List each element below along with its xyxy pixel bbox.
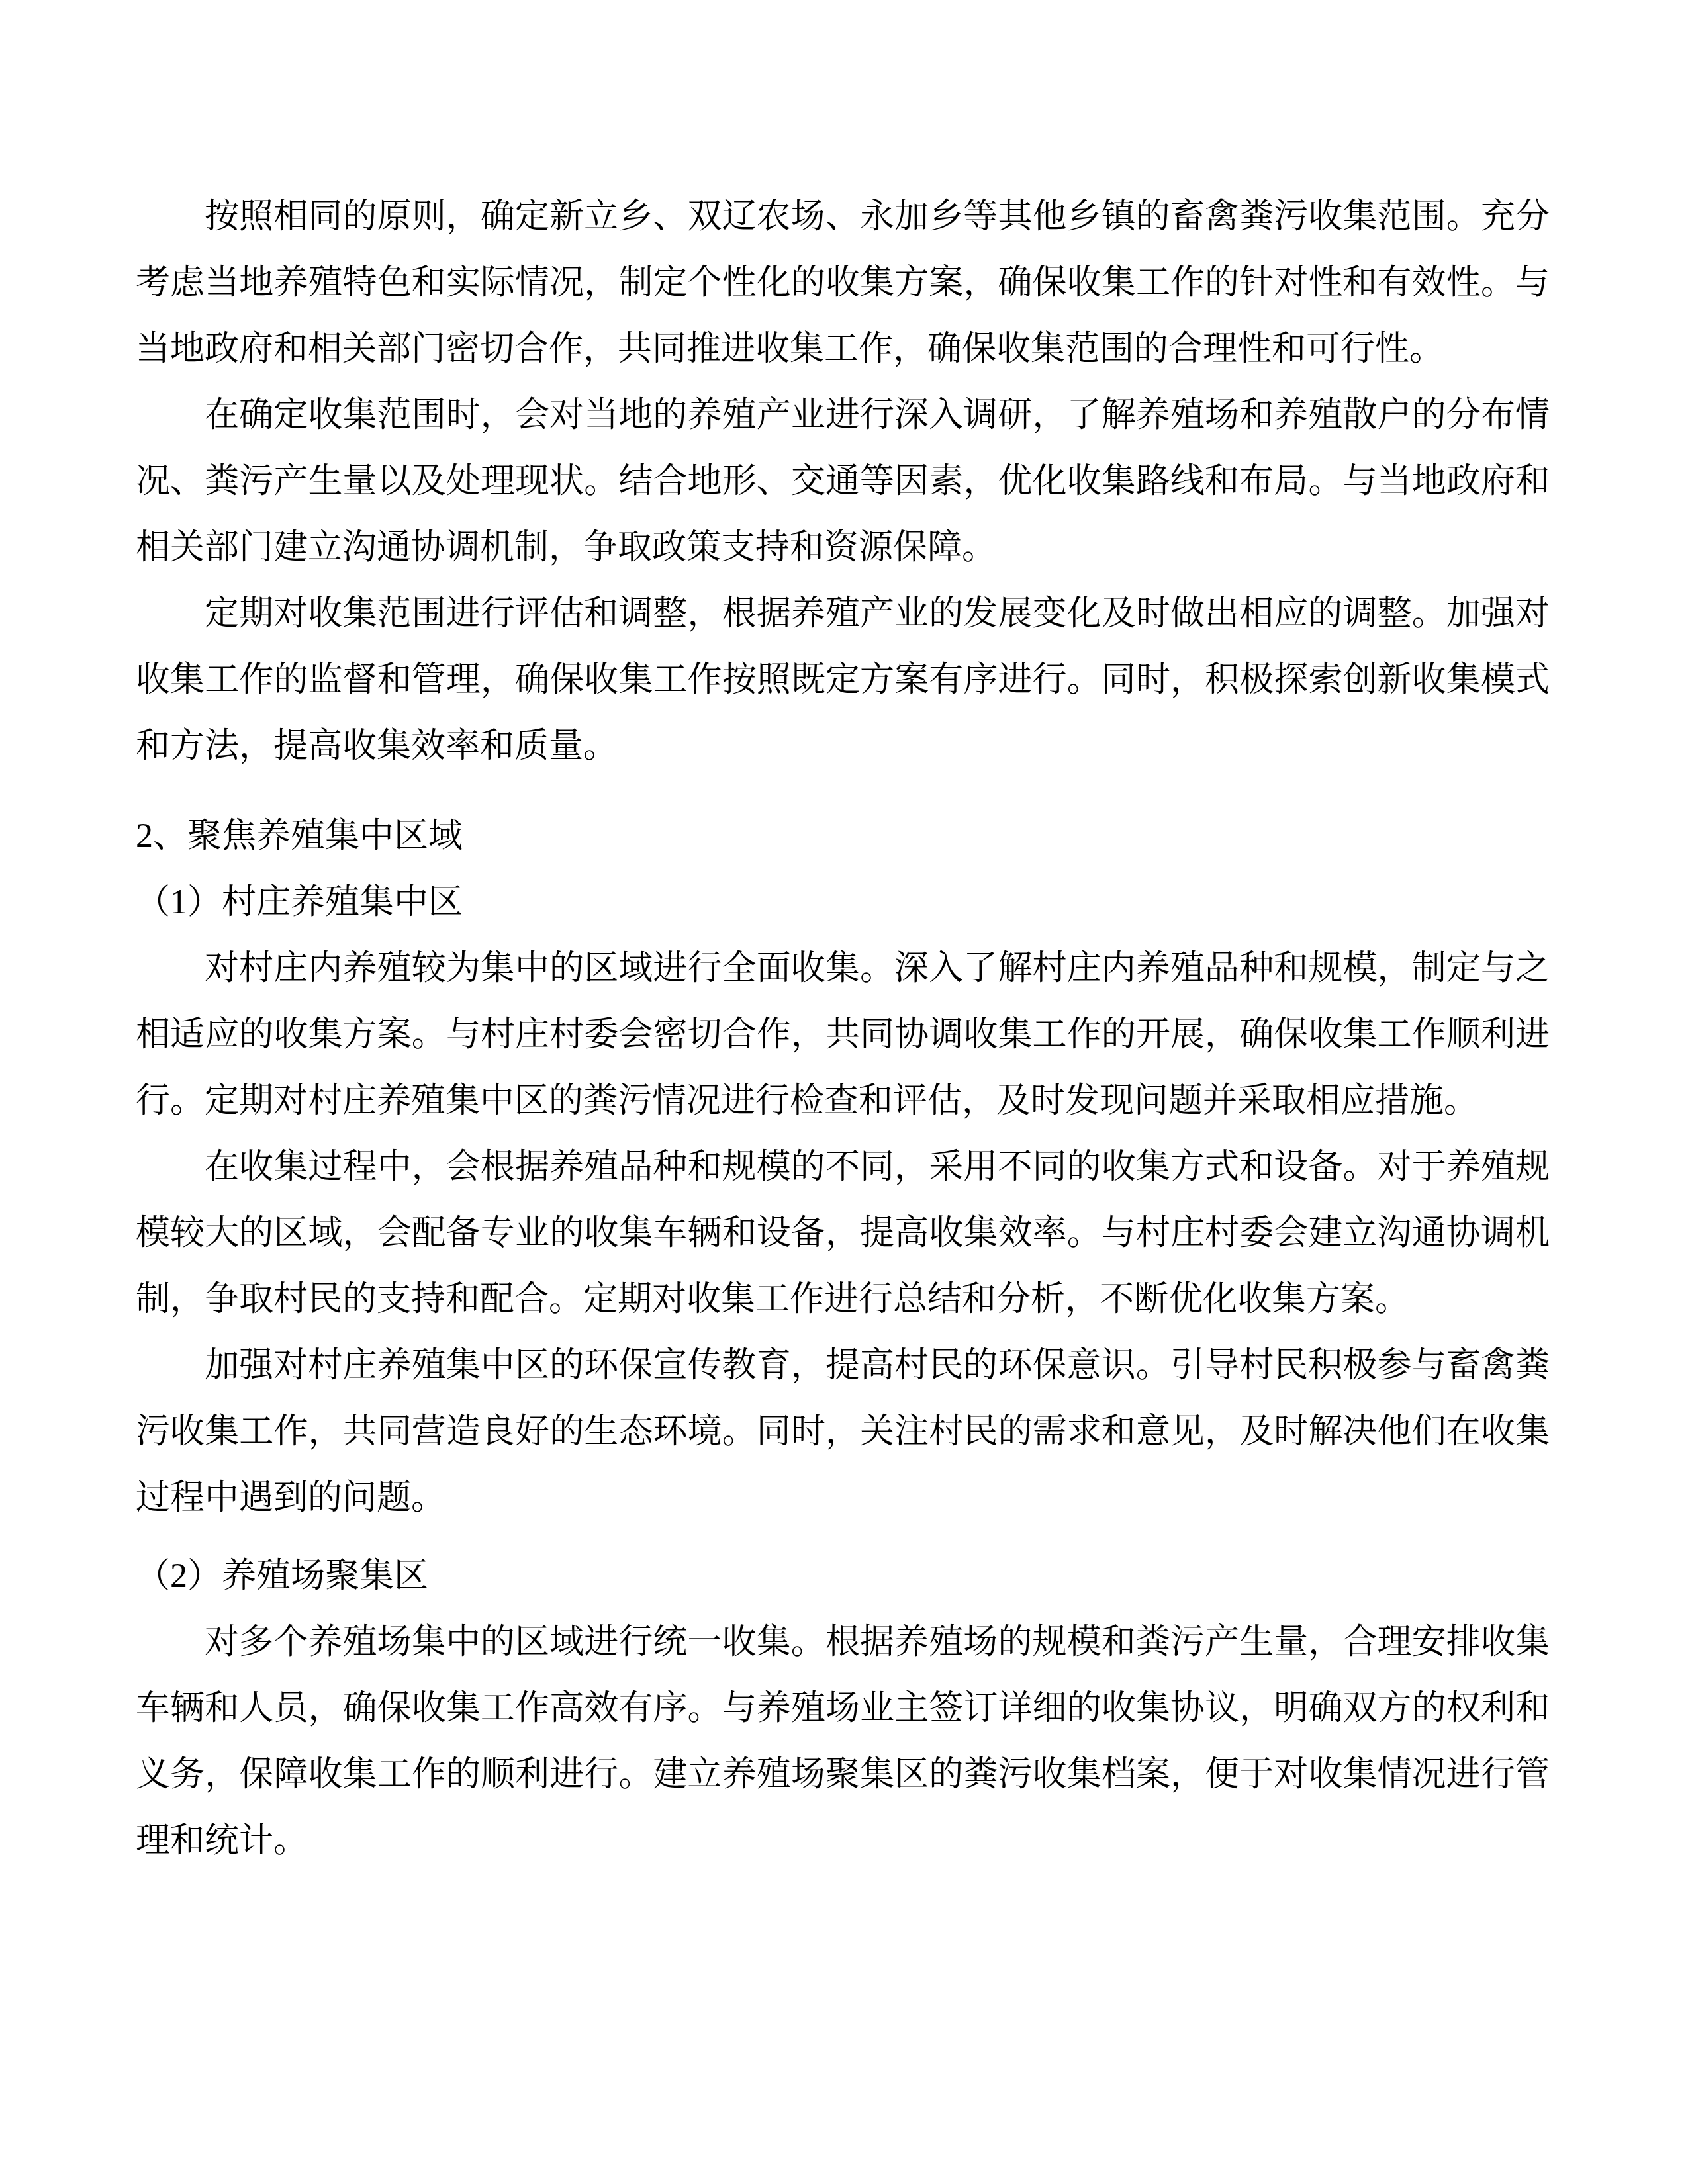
paragraph: 在确定收集范围时，会对当地的养殖产业进行深入调研，了解养殖场和养殖散户的分布情况…	[136, 383, 1550, 581]
paragraph: 对多个养殖场集中的区域进行统一收集。根据养殖场的规模和粪污产生量，合理安排收集车…	[136, 1610, 1550, 1874]
paragraph: 定期对收集范围进行评估和调整，根据养殖产业的发展变化及时做出相应的调整。加强对收…	[136, 581, 1550, 780]
paragraph: 对村庄内养殖较为集中的区域进行全面收集。深入了解村庄内养殖品种和规模，制定与之相…	[136, 936, 1550, 1134]
sub-heading: （2）养殖场聚集区	[136, 1543, 1550, 1610]
document-content: 按照相同的原则，确定新立乡、双辽农场、永加乡等其他乡镇的畜禽粪污收集范围。充分考…	[136, 184, 1550, 1874]
paragraph: 在收集过程中，会根据养殖品种和规模的不同，采用不同的收集方式和设备。对于养殖规模…	[136, 1134, 1550, 1333]
paragraph: 按照相同的原则，确定新立乡、双辽农场、永加乡等其他乡镇的畜禽粪污收集范围。充分考…	[136, 184, 1550, 383]
section-heading: 2、聚焦养殖集中区域	[136, 803, 1550, 870]
sub-heading: （1）村庄养殖集中区	[136, 870, 1550, 936]
paragraph: 加强对村庄养殖集中区的环保宣传教育，提高村民的环保意识。引导村民积极参与畜禽粪污…	[136, 1333, 1550, 1531]
document-page: 按照相同的原则，确定新立乡、双辽农场、永加乡等其他乡镇的畜禽粪污收集范围。充分考…	[0, 0, 1688, 2184]
